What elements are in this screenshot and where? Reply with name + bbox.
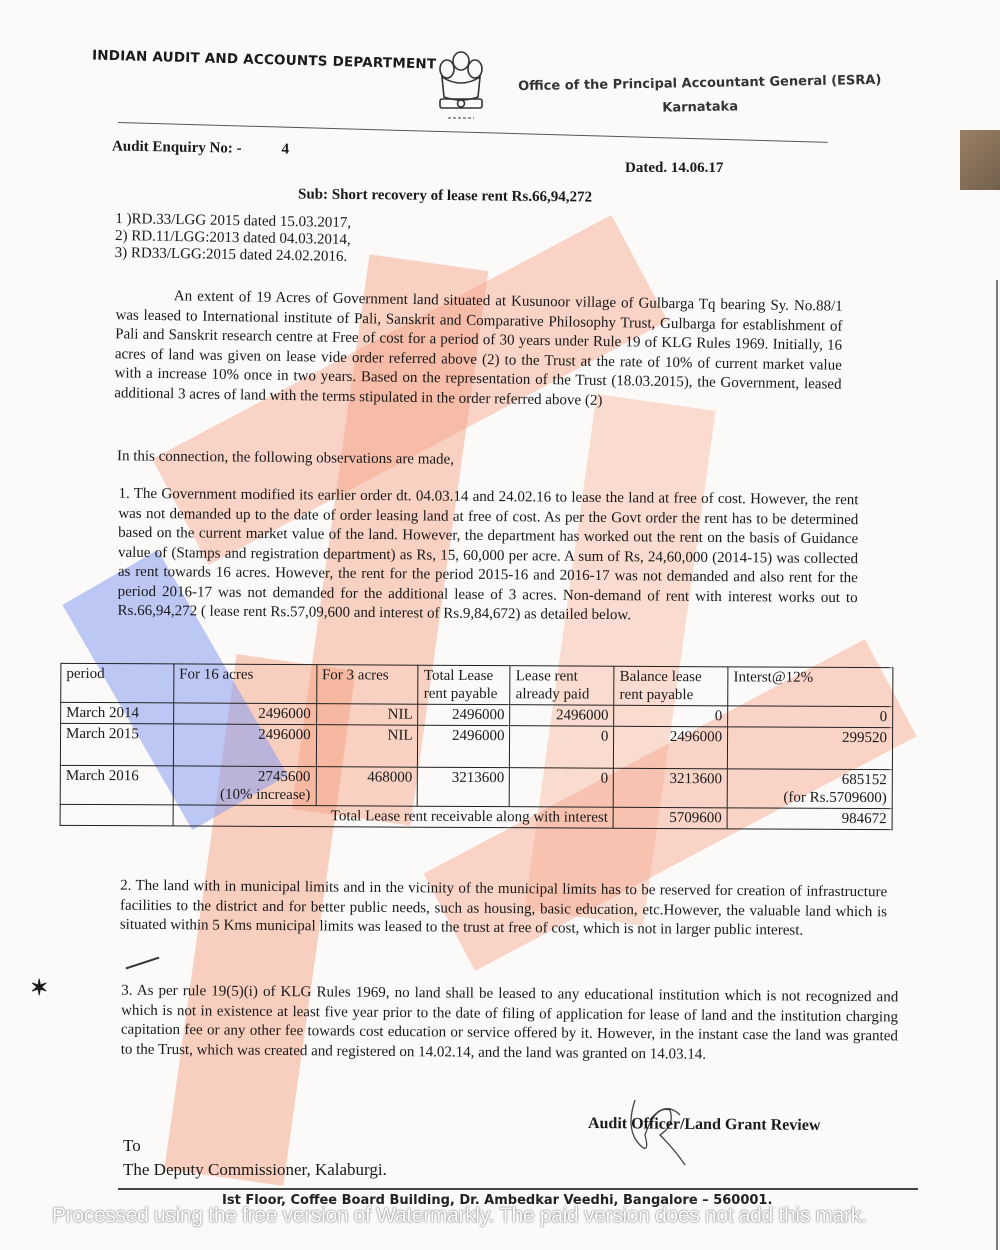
table-cell: 468000 bbox=[316, 767, 418, 807]
total-balance: 5709600 bbox=[613, 807, 727, 829]
table-cell: March 2015 bbox=[60, 723, 173, 766]
addressee-to: To bbox=[123, 1134, 387, 1158]
watermark-stripe bbox=[524, 394, 715, 926]
table-cell: 2745600(10% increase) bbox=[173, 766, 316, 806]
table-header: period bbox=[61, 663, 174, 703]
table-cell: March 2014 bbox=[61, 702, 174, 724]
observation-2: 2. The land with in municipal limits and… bbox=[120, 877, 887, 942]
table-row: March 2016 2745600(10% increase) 468000 … bbox=[60, 765, 892, 808]
observation-3: 3. As per rule 19(5)(i) of KLG Rules 196… bbox=[121, 982, 899, 1067]
dated-value: 14.06.17 bbox=[671, 160, 724, 176]
table-cell: 0 bbox=[614, 705, 728, 727]
addressee-block: To The Deputy Commissioner, Kalaburgi. bbox=[123, 1134, 387, 1182]
table-header: Interst@12% bbox=[728, 667, 893, 707]
table-cell: NIL bbox=[316, 704, 418, 726]
cell-note: (for Rs.5709600) bbox=[733, 788, 887, 807]
date-line: Dated. 14.06.17 bbox=[625, 160, 723, 177]
total-interest: 984672 bbox=[727, 808, 892, 830]
paper-edge bbox=[996, 280, 998, 1250]
table-cell: March 2016 bbox=[60, 765, 173, 805]
table-cell: 0 bbox=[510, 726, 614, 769]
table-cell: 2496000 bbox=[418, 704, 510, 725]
table-header: Lease rent already paid bbox=[510, 666, 614, 706]
table-cell: NIL bbox=[316, 725, 418, 768]
signatory-title: Audit Officer/Land Grant Review bbox=[588, 1115, 821, 1135]
cell-value: 2745600 bbox=[179, 767, 311, 786]
total-label: Total Lease rent receivable along with i… bbox=[173, 805, 614, 828]
table-cell: 3213600 bbox=[613, 768, 727, 808]
audit-enquiry: Audit Enquiry No: -4 bbox=[112, 138, 289, 158]
handwritten-tick bbox=[126, 957, 160, 970]
addressee-name: The Deputy Commissioner, Kalaburgi. bbox=[123, 1158, 387, 1182]
enquiry-label: Audit Enquiry No: - bbox=[112, 138, 242, 156]
table-cell: 2496000 bbox=[614, 726, 728, 769]
table-header: For 16 acres bbox=[174, 664, 317, 704]
table-row: March 2015 2496000 NIL 2496000 0 2496000… bbox=[60, 723, 892, 769]
reference-item: 3) RD33/LGG:2015 dated 24.02.2016. bbox=[115, 245, 351, 266]
dated-label: Dated. bbox=[625, 160, 667, 176]
intro-paragraph: An extent of 19 Acres of Government land… bbox=[114, 286, 843, 414]
cell-note: (10% increase) bbox=[179, 785, 311, 804]
lease-rent-table: period For 16 acres For 3 acres Total Le… bbox=[60, 663, 894, 830]
subject-line: Sub: Short recovery of lease rent Rs.66,… bbox=[298, 186, 592, 206]
table-cell: 685152(for Rs.5709600) bbox=[727, 769, 892, 809]
office-title: Office of the Principal Accountant Gener… bbox=[515, 69, 886, 123]
table-header: For 3 acres bbox=[316, 665, 418, 705]
observation-1: 1. The Government modified its earlier o… bbox=[117, 485, 858, 628]
margin-asterisk-mark: ✶ bbox=[30, 975, 48, 1001]
enquiry-number: 4 bbox=[281, 141, 289, 157]
national-emblem-icon bbox=[432, 45, 490, 125]
table-cell: 2496000 bbox=[418, 725, 510, 767]
table-total-row: Total Lease rent receivable along with i… bbox=[60, 804, 892, 829]
table-cell: 299520 bbox=[728, 727, 893, 770]
table-cell: 3213600 bbox=[418, 767, 510, 806]
table-cell: 2496000 bbox=[173, 724, 316, 767]
table-cell: 0 bbox=[728, 706, 893, 728]
observations-intro: In this connection, the following observ… bbox=[117, 448, 454, 469]
references-list: 1 )RD.33/LGG 2015 dated 15.03.2017, 2) R… bbox=[115, 211, 352, 266]
watermark-overlay-text: Processed using the free version of Wate… bbox=[52, 1204, 866, 1228]
table-header: Balance lease rent payable bbox=[614, 666, 728, 706]
cell-value: 685152 bbox=[733, 770, 887, 789]
table-cell: 0 bbox=[510, 768, 614, 808]
footer-divider bbox=[118, 1188, 918, 1190]
table-cell: 2496000 bbox=[173, 703, 316, 725]
table-header-row: period For 16 acres For 3 acres Total Le… bbox=[61, 663, 893, 706]
table-cell bbox=[60, 804, 173, 826]
department-name: INDIAN AUDIT AND ACCOUNTS DEPARTMENT bbox=[92, 47, 437, 72]
table-header: Total Lease rent payable bbox=[418, 665, 510, 704]
intro-text: An extent of 19 Acres of Government land… bbox=[114, 287, 843, 408]
background-surface bbox=[960, 130, 1000, 190]
table-cell: 2496000 bbox=[510, 705, 614, 727]
